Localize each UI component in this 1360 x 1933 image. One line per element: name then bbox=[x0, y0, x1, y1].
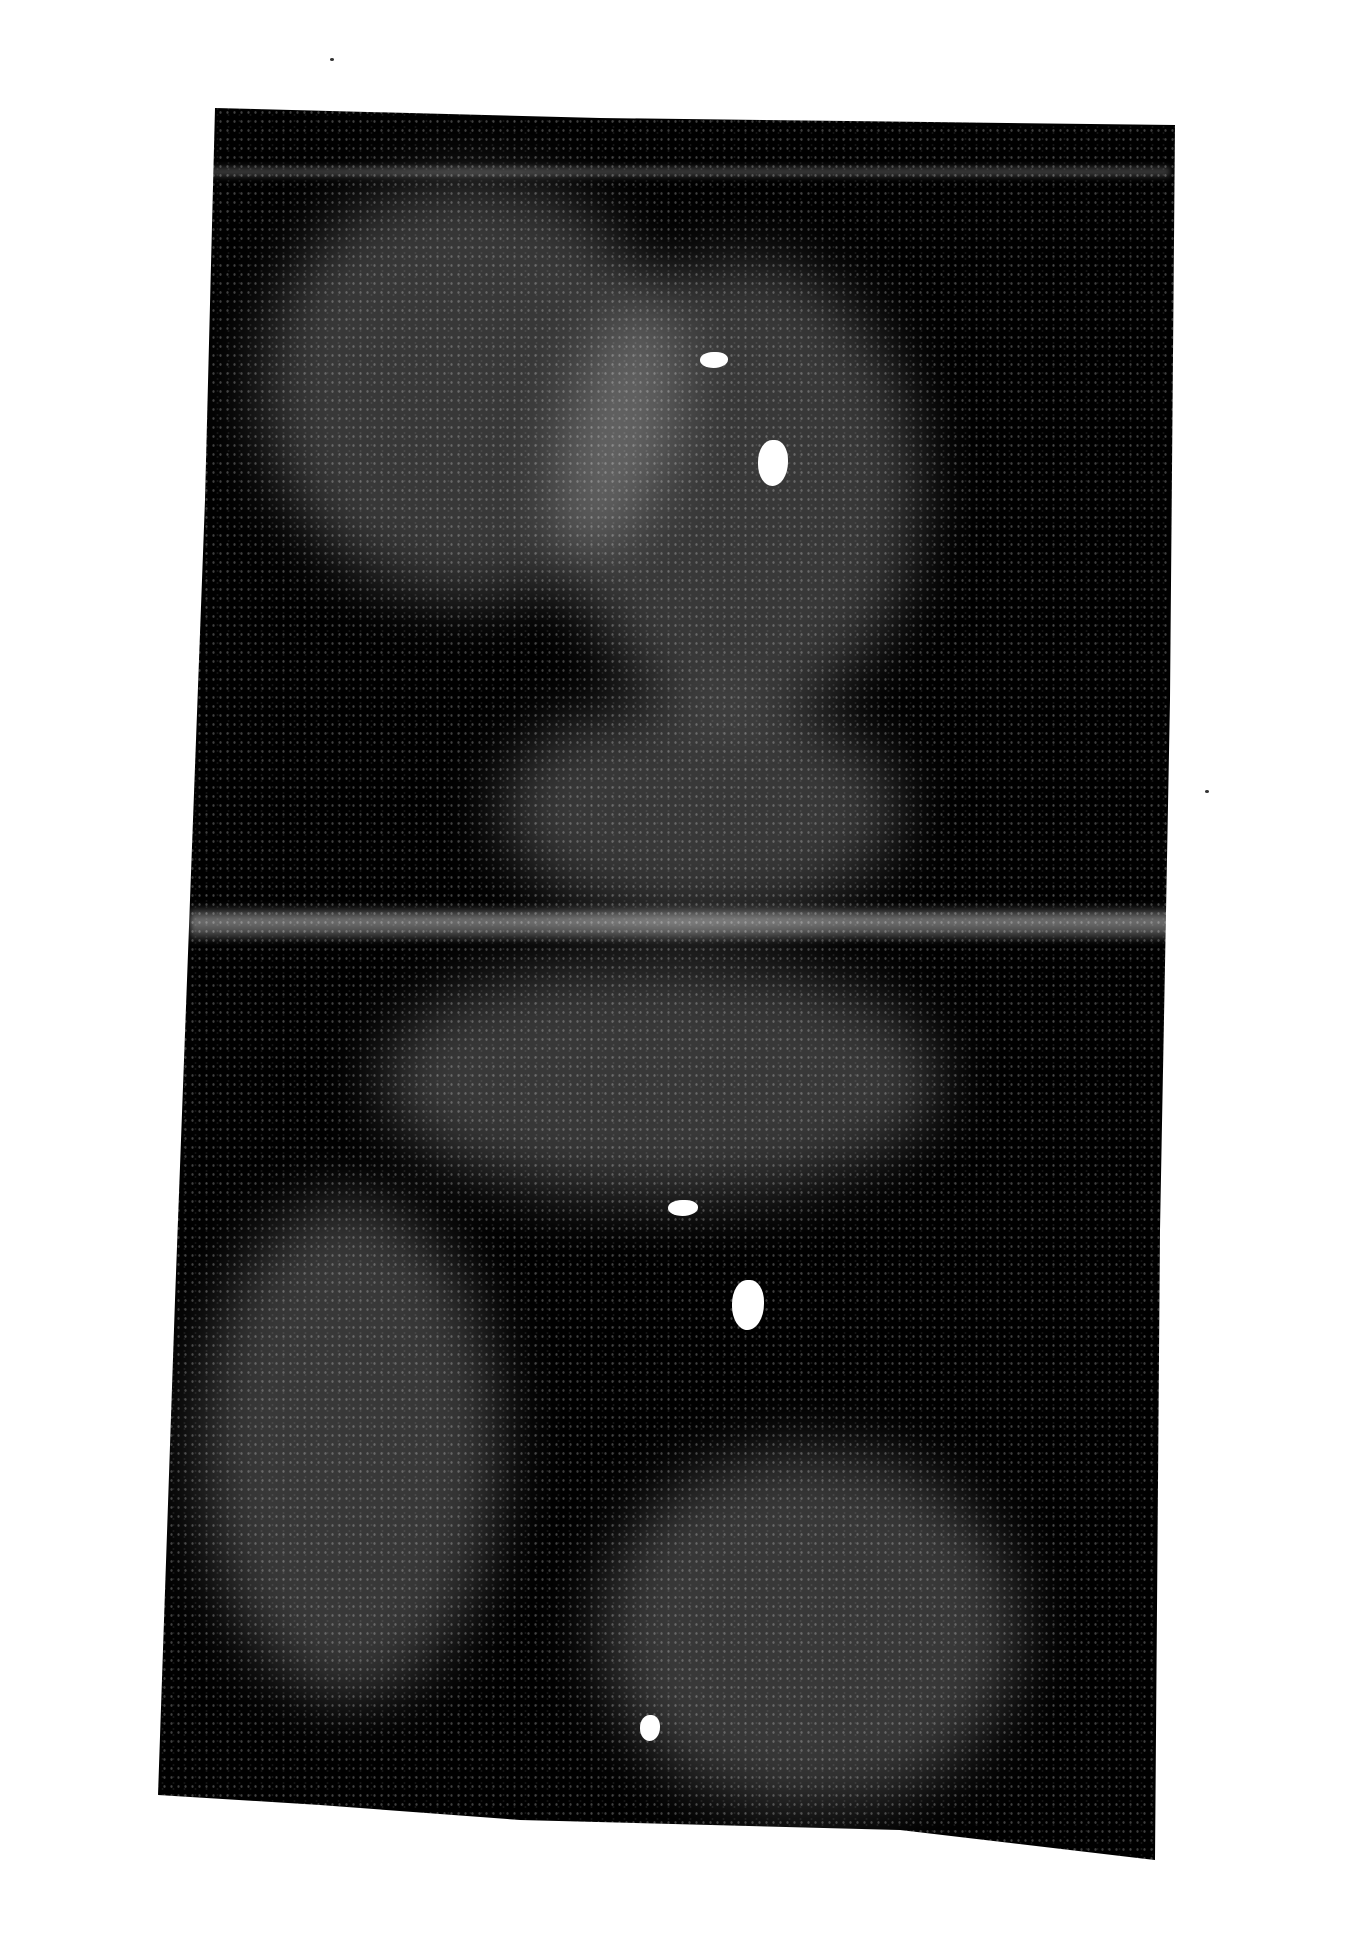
top-crease bbox=[190, 165, 1170, 179]
stray-mark bbox=[1205, 790, 1209, 793]
ink-texture bbox=[0, 0, 1360, 1933]
ink-rubbing bbox=[0, 0, 1360, 1933]
fold-line bbox=[190, 905, 1170, 943]
stray-mark bbox=[330, 58, 334, 61]
